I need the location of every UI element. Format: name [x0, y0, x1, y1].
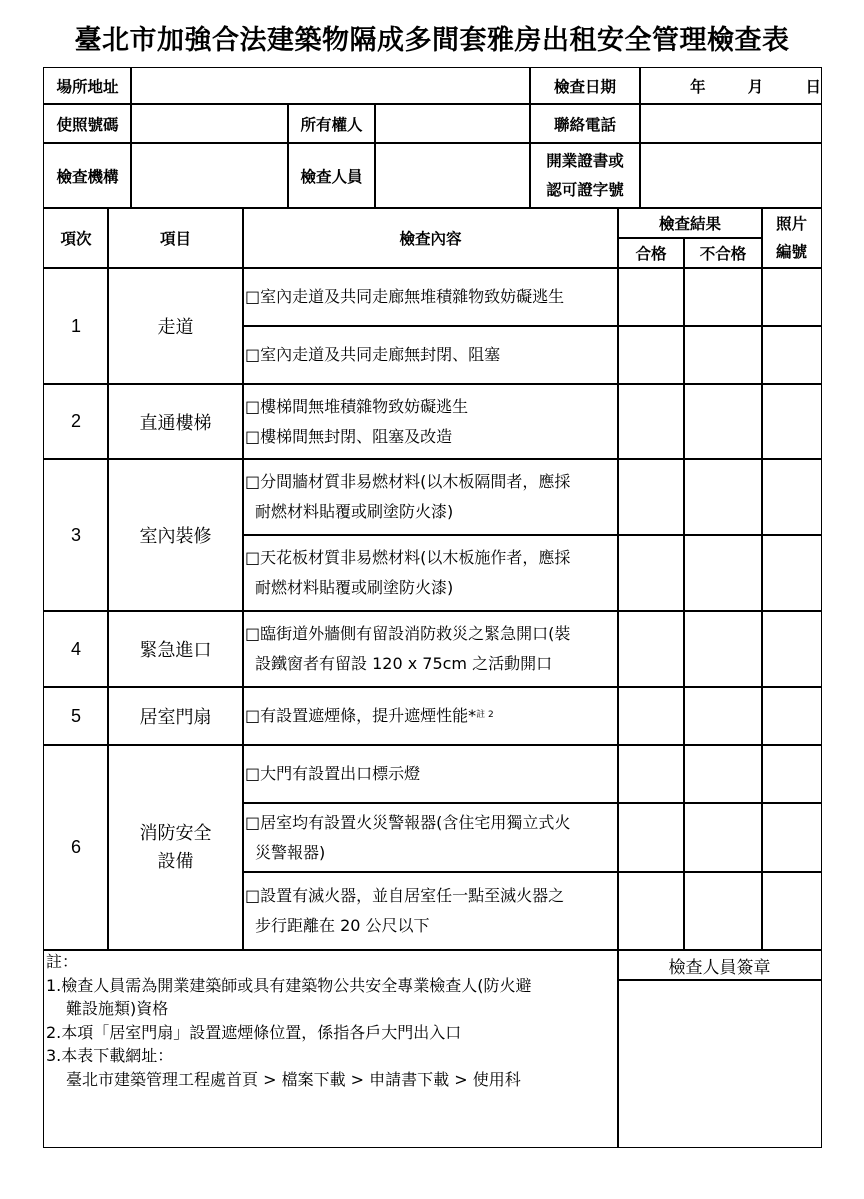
agency-label: 檢查機構 — [43, 142, 132, 209]
photo-no-cell[interactable] — [761, 383, 822, 460]
check-line: □有設置遮煙條，提升遮煙性能* — [245, 701, 476, 731]
pass-cell[interactable] — [617, 383, 685, 460]
fail-cell[interactable] — [683, 744, 763, 804]
signature-field[interactable] — [617, 979, 822, 1148]
date-month: 月 — [748, 75, 764, 97]
inspect-date-field[interactable]: 年 月 日 — [639, 67, 822, 105]
col-header-result: 檢查結果 — [617, 207, 763, 239]
license-no-field[interactable] — [130, 103, 289, 144]
row-item: 走道 — [107, 267, 244, 385]
fail-cell[interactable] — [683, 802, 763, 873]
check-item[interactable]: □室內走道及共同走廊無封閉、阻塞 — [242, 325, 619, 385]
address-field[interactable] — [130, 67, 531, 105]
check-line: 災警報器) — [245, 838, 325, 868]
pass-cell[interactable] — [617, 871, 685, 951]
check-item[interactable]: □居室均有設置火災警報器(含住宅用獨立式火 災警報器) — [242, 802, 619, 873]
fail-cell[interactable] — [683, 458, 763, 536]
row-item: 室內裝修 — [107, 458, 244, 612]
check-line: 步行距離在 20 公尺以下 — [245, 911, 430, 941]
fail-cell[interactable] — [683, 534, 763, 612]
license-no-label: 使照號碼 — [43, 103, 132, 144]
pass-cell[interactable] — [617, 534, 685, 612]
photo-line2: 編號 — [776, 238, 807, 266]
photo-no-cell[interactable] — [761, 267, 822, 327]
pass-cell[interactable] — [617, 610, 685, 688]
row-item: 居室門扇 — [107, 686, 244, 746]
photo-no-cell[interactable] — [761, 325, 822, 385]
owner-label: 所有權人 — [287, 103, 376, 144]
notes-section: 註： 1.檢查人員需為開業建築師或具有建築物公共安全專業檢查人(防火避 難設施類… — [43, 949, 619, 1148]
check-line: □居室均有設置火災警報器(含住宅用獨立式火 — [245, 808, 570, 838]
inspector-label: 檢查人員 — [287, 142, 376, 209]
row-item-line1: 消防安全 — [140, 820, 212, 848]
cert-label-line2: 認可證字號 — [546, 176, 624, 205]
pass-cell[interactable] — [617, 458, 685, 536]
row-number: 6 — [43, 744, 109, 951]
photo-no-cell[interactable] — [761, 744, 822, 804]
fail-cell[interactable] — [683, 267, 763, 327]
check-item[interactable]: □大門有設置出口標示燈 — [242, 744, 619, 804]
check-item[interactable]: □室內走道及共同走廊無堆積雜物致妨礙逃生 — [242, 267, 619, 327]
photo-no-cell[interactable] — [761, 534, 822, 612]
fail-cell[interactable] — [683, 383, 763, 460]
row-item: 消防安全 設備 — [107, 744, 244, 951]
row-item: 緊急進口 — [107, 610, 244, 688]
inspect-date-label: 檢查日期 — [529, 67, 641, 105]
cert-label-line1: 開業證書或 — [546, 147, 624, 176]
check-line: □分間牆材質非易燃材料(以木板隔間者，應採 — [245, 467, 570, 497]
check-item[interactable]: □天花板材質非易燃材料(以木板施作者，應採 耐燃材料貼覆或刷塗防火漆) — [242, 534, 619, 612]
check-line: □樓梯間無堆積雜物致妨礙逃生 — [245, 392, 468, 422]
inspector-field[interactable] — [374, 142, 531, 209]
date-day: 日 — [805, 75, 821, 97]
note-item: 3.本表下載網址： — [46, 1044, 173, 1068]
row-number: 3 — [43, 458, 109, 612]
check-line: 設鐵窗者有留設 120 x 75cm 之活動開口 — [245, 649, 552, 679]
fail-cell[interactable] — [683, 686, 763, 746]
row-item-line2: 設備 — [158, 848, 194, 876]
check-line: □天花板材質非易燃材料(以木板施作者，應採 — [245, 543, 570, 573]
note-item: 1.檢查人員需為開業建築師或具有建築物公共安全專業檢查人(防火避 — [46, 974, 532, 998]
note-item: 2.本項「居室門扇」設置遮煙條位置，係指各戶大門出入口 — [46, 1021, 461, 1045]
download-path: 臺北市建築管理工程處首頁 > 檔案下載 > 申請書下載 > 使用科 — [46, 1068, 521, 1092]
form-title: 臺北市加強合法建築物隔成多間套雅房出租安全管理檢查表 — [0, 18, 864, 57]
row-number: 5 — [43, 686, 109, 746]
photo-line1: 照片 — [776, 210, 807, 238]
pass-cell[interactable] — [617, 744, 685, 804]
phone-label: 聯絡電話 — [529, 103, 641, 144]
photo-no-cell[interactable] — [761, 802, 822, 873]
note-item-cont: 難設施類)資格 — [46, 997, 168, 1021]
check-line: □樓梯間無封閉、阻塞及改造 — [245, 422, 452, 452]
row-item: 直通樓梯 — [107, 383, 244, 460]
pass-cell[interactable] — [617, 802, 685, 873]
owner-field[interactable] — [374, 103, 531, 144]
pass-cell[interactable] — [617, 686, 685, 746]
photo-no-cell[interactable] — [761, 686, 822, 746]
col-header-item: 項目 — [107, 207, 244, 269]
check-item[interactable]: □有設置遮煙條，提升遮煙性能*註 2 — [242, 686, 619, 746]
cert-label: 開業證書或 認可證字號 — [529, 142, 641, 209]
row-number: 2 — [43, 383, 109, 460]
fail-cell[interactable] — [683, 871, 763, 951]
note-reference: 註 2 — [476, 700, 494, 730]
check-item[interactable]: □臨街道外牆側有留設消防救災之緊急開口(裝 設鐵窗者有留設 120 x 75cm… — [242, 610, 619, 688]
check-line: 耐燃材料貼覆或刷塗防火漆) — [245, 497, 453, 527]
photo-no-cell[interactable] — [761, 458, 822, 536]
col-header-content: 檢查內容 — [242, 207, 619, 269]
notes-heading: 註： — [46, 950, 78, 974]
phone-field[interactable] — [639, 103, 822, 144]
check-line: 耐燃材料貼覆或刷塗防火漆) — [245, 573, 453, 603]
check-item[interactable]: □分間牆材質非易燃材料(以木板隔間者，應採 耐燃材料貼覆或刷塗防火漆) — [242, 458, 619, 536]
fail-cell[interactable] — [683, 325, 763, 385]
col-header-pass: 合格 — [617, 237, 685, 269]
agency-field[interactable] — [130, 142, 289, 209]
address-label: 場所地址 — [43, 67, 132, 105]
date-year: 年 — [690, 75, 706, 97]
check-item[interactable]: □設置有滅火器，並自居室任一點至滅火器之 步行距離在 20 公尺以下 — [242, 871, 619, 951]
check-line: □設置有滅火器，並自居室任一點至滅火器之 — [245, 881, 564, 911]
pass-cell[interactable] — [617, 267, 685, 327]
check-item[interactable]: □樓梯間無堆積雜物致妨礙逃生 □樓梯間無封閉、阻塞及改造 — [242, 383, 619, 460]
fail-cell[interactable] — [683, 610, 763, 688]
signature-label: 檢查人員簽章 — [617, 949, 822, 981]
row-number: 1 — [43, 267, 109, 385]
col-header-photo: 照片 編號 — [761, 207, 822, 269]
photo-no-cell[interactable] — [761, 871, 822, 951]
pass-cell[interactable] — [617, 325, 685, 385]
photo-no-cell[interactable] — [761, 610, 822, 688]
col-header-fail: 不合格 — [683, 237, 763, 269]
cert-field[interactable] — [639, 142, 822, 209]
row-number: 4 — [43, 610, 109, 688]
col-header-no: 項次 — [43, 207, 109, 269]
check-line: □臨街道外牆側有留設消防救災之緊急開口(裝 — [245, 619, 570, 649]
